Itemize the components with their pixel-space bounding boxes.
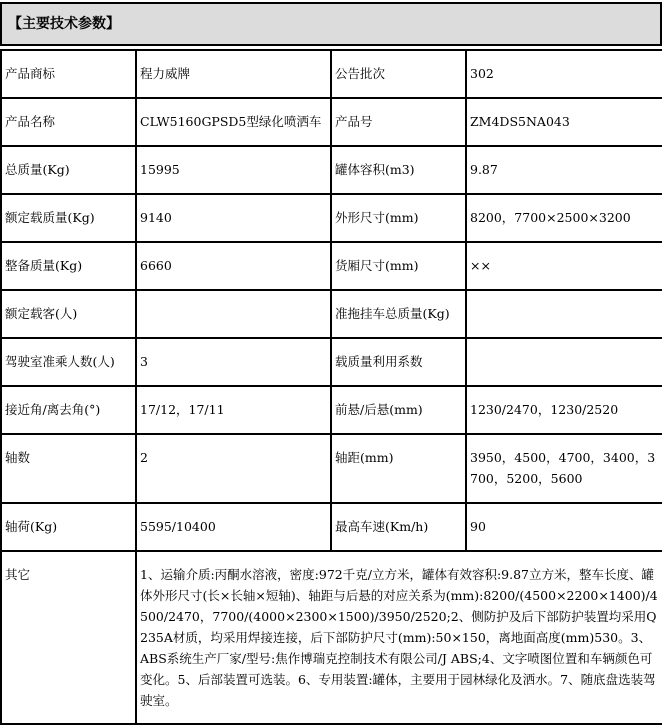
param-label: 额定载客(人) [1,290,136,338]
param-value: 3 [136,338,331,386]
table-row: 产品商标 程力威牌 公告批次 302 [1,50,662,98]
param-label: 轴距(mm) [331,434,466,503]
param-value: 3950，4500，4700，3400，3700，5200，5600 [466,434,662,503]
table-row: 接近角/离去角(°) 17/12，17/11 前悬/后悬(mm) 1230/24… [1,386,662,434]
param-value: 1230/2470，1230/2520 [466,386,662,434]
param-label: 货厢尺寸(mm) [331,242,466,290]
param-value: 9140 [136,194,331,242]
param-value: 90 [466,503,662,551]
param-label: 产品名称 [1,98,136,146]
table-row: 总质量(Kg) 15995 罐体容积(m3) 9.87 [1,146,662,194]
param-value: 5595/10400 [136,503,331,551]
param-label: 公告批次 [331,50,466,98]
param-label: 其它 [1,551,136,724]
param-value: CLW5160GPSD5型绿化喷洒车 [136,98,331,146]
param-value [136,290,331,338]
other-remarks-text: 1、运输介质:丙酮水溶液，密度:972千克/立方米，罐体有效容积:9.87立方米… [136,551,662,724]
param-value: 6660 [136,242,331,290]
table-row: 驾驶室准乘人数(人) 3 载质量利用系数 [1,338,662,386]
param-value [466,338,662,386]
param-value: 8200，7700×2500×3200 [466,194,662,242]
page-title: 【主要技术参数】 [8,16,120,32]
param-label: 整备质量(Kg) [1,242,136,290]
param-value: 17/12，17/11 [136,386,331,434]
param-label: 接近角/离去角(°) [1,386,136,434]
param-label: 轴数 [1,434,136,503]
table-row: 轴数 2 轴距(mm) 3950，4500，4700，3400，3700，520… [1,434,662,503]
table-row: 轴荷(Kg) 5595/10400 最高车速(Km/h) 90 [1,503,662,551]
param-label: 驾驶室准乘人数(人) [1,338,136,386]
param-label: 载质量利用系数 [331,338,466,386]
table-row: 额定载质量(Kg) 9140 外形尺寸(mm) 8200，7700×2500×3… [1,194,662,242]
param-label: 罐体容积(m3) [331,146,466,194]
table-row: 额定载客(人) 准拖挂车总质量(Kg) [1,290,662,338]
param-value: 15995 [136,146,331,194]
param-label: 产品号 [331,98,466,146]
param-label: 外形尺寸(mm) [331,194,466,242]
param-label: 准拖挂车总质量(Kg) [331,290,466,338]
param-label: 轴荷(Kg) [1,503,136,551]
param-value [466,290,662,338]
param-value: 302 [466,50,662,98]
param-label: 产品商标 [1,50,136,98]
param-value: ×× [466,242,662,290]
table-row: 产品名称 CLW5160GPSD5型绿化喷洒车 产品号 ZM4DS5NA043 [1,98,662,146]
parameters-table: 产品商标 程力威牌 公告批次 302 产品名称 CLW5160GPSD5型绿化喷… [0,49,662,725]
param-value: 9.87 [466,146,662,194]
param-label: 总质量(Kg) [1,146,136,194]
param-label: 前悬/后悬(mm) [331,386,466,434]
param-label: 额定载质量(Kg) [1,194,136,242]
param-label: 最高车速(Km/h) [331,503,466,551]
param-value: ZM4DS5NA043 [466,98,662,146]
section-header: 【主要技术参数】 [0,2,662,46]
table-row-other: 其它 1、运输介质:丙酮水溶液，密度:972千克/立方米，罐体有效容积:9.87… [1,551,662,724]
param-value: 程力威牌 [136,50,331,98]
table-row: 整备质量(Kg) 6660 货厢尺寸(mm) ×× [1,242,662,290]
param-value: 2 [136,434,331,503]
